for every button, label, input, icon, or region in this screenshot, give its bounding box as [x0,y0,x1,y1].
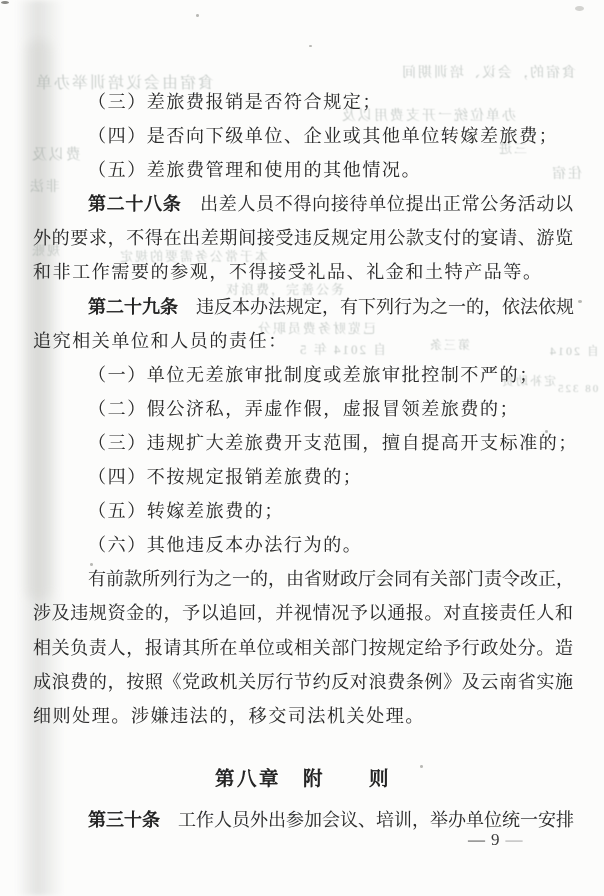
text-line: 第二十九条 违反本办法规定，有下列行为之一的，依法依规 [33,290,573,324]
text-line: （四）不按规定报销差旅费的； [33,460,573,494]
chapter-heading: 第八章 附 则 [33,763,573,797]
text-line: （六）其他违反本办法行为的。 [33,528,573,562]
text-line: （四）是否向下级单位、企业或其他单位转嫁差旅费； [33,119,573,153]
scan-speck [1,1,9,4]
text-line: （五）转嫁差旅费的； [33,494,573,528]
text-line: 涉及违规资金的，予以追回，并视情况予以通报。对直接责任人和 [33,596,573,630]
text-line: 有前款所列行为之一的，由省财政厅会同有关部门责令改正， [33,562,573,596]
page-number-dash-left: — [468,830,486,849]
text-line: 和非工作需要的参观，不得接受礼品、礼金和土特产品等。 [33,255,573,289]
text-line: （三）违规扩大差旅费开支范围，擅自提高开支标准的； [33,426,573,460]
bleedthrough-text: 食宿的，会议、培训期间 [400,62,576,82]
text-line: 细则处理。涉嫌违法的，移交司法机关处理。 [33,699,573,733]
page-number-dash-right: — [506,830,524,849]
scan-speck [575,6,584,11]
text-line: 成浪费的，按照《党政机关厉行节约反对浪费条例》及云南省实施 [33,665,573,699]
scan-speck [309,45,312,47]
text-line: （一）单位无差旅审批制度或差旅审批控制不严的； [33,358,573,392]
text-line: 外的要求，不得在出差期间接受违反规定用公款支付的宴请、游览 [33,221,573,255]
text-line: 第二十八条 出差人员不得向接待单位提出正常公务活动以 [33,187,573,221]
article-number: 第三十条 [88,810,160,830]
scan-speck [578,300,582,303]
text-line: （二）假公济私，弄虚作假，虚报冒领差旅费的； [33,392,573,426]
article-number: 第二十九条 [88,297,178,317]
article-number: 第二十八条 [88,194,181,214]
page-number-value: 9 [486,830,506,849]
page-number: —9— [468,830,578,850]
text-line: 追究相关单位和人员的责任： [33,324,573,358]
scanned-document-page: 食宿由会议培训举办单食宿的，会议、培训期间办单位统一开支费用以及费以及三进住宿非… [0,0,604,896]
text-line: 相关负责人，报请其所在单位或相关部门按规定给予行政处分。造 [33,631,573,665]
text-flow: （三）差旅费报销是否符合规定；（四）是否向下级单位、企业或其他单位转嫁差旅费；（… [33,85,573,837]
scan-speck [196,14,199,17]
text-line: （三）差旅费报销是否符合规定； [33,85,573,119]
text-line: （五）差旅费管理和使用的其他情况。 [33,153,573,187]
